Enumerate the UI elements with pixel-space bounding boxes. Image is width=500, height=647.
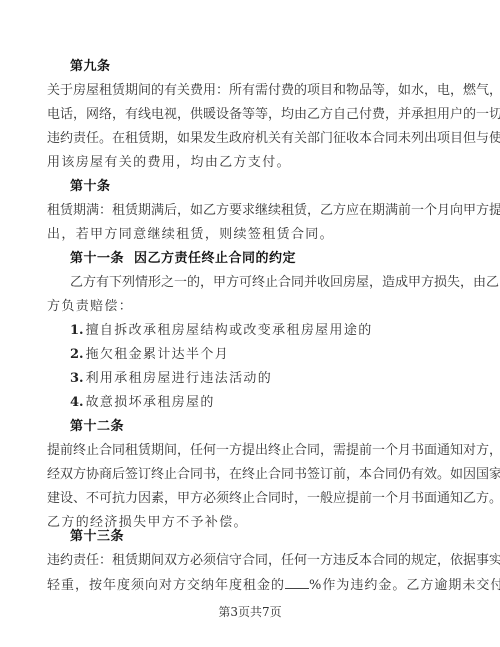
- section-heading-12: 第十二条: [70, 419, 449, 435]
- section-heading-10: 第十条: [70, 179, 449, 195]
- list-item-number: 3.: [70, 371, 84, 386]
- text-fragment: 轻重，按年度须向对方交纳年度租金的: [47, 578, 285, 593]
- paragraph-line: 用该房屋有关的费用，均由乙方支付。: [47, 155, 449, 171]
- blank-field-penalty-percent: [285, 577, 309, 589]
- paragraph-line: 出，若甲方同意继续租赁，则续签租赁合同。: [47, 227, 449, 243]
- paragraph-line: 租赁期满：租赁期满后，如乙方要求继续租赁，乙方应在期满前一个月向甲方提: [47, 203, 449, 219]
- list-item-text: 擅自拆改承租房屋结构或改变承租房屋用途的: [86, 323, 373, 338]
- paragraph-line: 经双方协商后签订终止合同书，在终止合同书签订前，本合同仍有效。如因国家: [47, 467, 449, 483]
- paragraph-line: 违约责任。在租赁期，如果发生政府机关有关部门征收本合同未列出项目但与使: [47, 131, 449, 147]
- section-heading-9: 第九条: [70, 59, 449, 75]
- paragraph-line: 提前终止合同租赁期间，任何一方提出终止合同，需提前一个月书面通知对方，: [47, 443, 449, 459]
- list-item-text: 故意损坏承租房屋的: [86, 395, 215, 410]
- section-heading-11: 第十一条 因乙方责任终止合同的约定: [70, 251, 449, 267]
- list-item: 2.拖欠租金累计达半个月: [70, 347, 449, 363]
- list-item: 3.利用承租房屋进行违法活动的: [70, 371, 449, 387]
- list-item: 1.擅自拆改承租房屋结构或改变承租房屋用途的: [70, 323, 449, 339]
- list-item-text: 拖欠租金累计达半个月: [86, 347, 230, 362]
- list-item-number: 4.: [70, 395, 84, 410]
- document-page: 第九条 关于房屋租赁期间的有关费用：所有需付费的项目和物品等，如水，电，燃气， …: [0, 0, 500, 647]
- list-item-text: 利用承租房屋进行违法活动的: [86, 371, 273, 386]
- list-item-number: 1.: [70, 323, 84, 338]
- list-item: 4.故意损坏承租房屋的: [70, 395, 449, 411]
- page-number-footer: 第3页共7页: [0, 603, 500, 620]
- paragraph-line: 违约责任：租赁期间双方必须信守合同，任何一方违反本合同的规定，依据事实: [47, 553, 449, 569]
- paragraph-line: 关于房屋租赁期间的有关费用：所有需付费的项目和物品等，如水，电，燃气，: [47, 83, 449, 99]
- paragraph-line: 乙方有下列情形之一的，甲方可终止合同并收回房屋，造成甲方损失，由乙: [70, 275, 449, 291]
- paragraph-line: 建设、不可抗力因素，甲方必须终止合同时，一般应提前一个月书面通知乙方。: [47, 491, 449, 507]
- text-fragment: %作为违约金。乙方逾期未交付租金的: [309, 578, 500, 593]
- section-heading-13: 第十三条: [70, 529, 449, 545]
- paragraph-line: 轻重，按年度须向对方交纳年度租金的%作为违约金。乙方逾期未交付租金的: [47, 577, 449, 594]
- paragraph-line: 电话，网络，有线电视，供暖设备等等，均由乙方自己付费，并承担用户的一切: [47, 107, 449, 123]
- paragraph-line: 方负责赔偿：: [47, 299, 449, 315]
- list-item-number: 2.: [70, 347, 84, 362]
